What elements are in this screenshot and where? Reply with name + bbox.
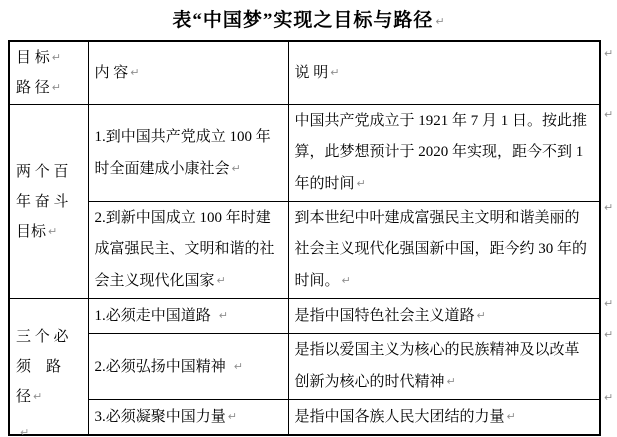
section-label-line: 两 个 百 [16, 157, 82, 187]
header-content-label: 内 容 [95, 65, 129, 81]
note-cell: 是指中国特色社会主义道路 [288, 299, 600, 334]
section-label-line: 三 个 必 [16, 322, 82, 352]
table-row: 2.到新中国成立 100 年时建成富强民主、文明和谐的社会主义现代化国家 到本世… [9, 202, 600, 299]
content-text: 2.必须弘扬中国精神 [95, 359, 226, 375]
section-label-line: 须 路 [16, 352, 82, 382]
section-label-text: 年 奋 斗 [16, 194, 69, 210]
paragraph-mark-icon [226, 409, 237, 425]
header-goal-path-line: 路 径 [16, 73, 82, 103]
note-cell: 是指中国各族人民大团结的力量 [288, 400, 600, 436]
paragraph-mark-icon [226, 359, 243, 375]
header-note-label: 说 明 [295, 65, 329, 81]
end-of-row-mark-icon [604, 105, 613, 123]
document-page: 表“中国梦”实现之目标与路径 目 标 路 径 内 容 说 明 两 个 百 年 奋… [0, 0, 617, 437]
end-of-row-mark-icon [604, 294, 613, 312]
note-cell: 到本世纪中叶建成富强民主文明和谐美丽的社会主义现代化强国新中国，距今约 30 年… [288, 202, 600, 299]
paragraph-mark-icon [211, 308, 228, 324]
paragraph-mark-icon [31, 389, 42, 405]
note-text: 是指中国特色社会主义道路 [295, 308, 475, 324]
header-cell-content: 内 容 [88, 41, 288, 105]
paragraph-mark-icon [505, 409, 516, 425]
section-label-text: 两 个 百 [16, 164, 69, 180]
content-cell: 1.必须走中国道路 [88, 299, 288, 334]
header-path-label: 路 径 [16, 80, 50, 96]
paragraph-mark-icon [20, 423, 29, 437]
paragraph-mark-icon [328, 65, 339, 81]
table-row: 三 个 必 须 路 径 1.必须走中国道路 是指中国特色社会主义道路 [9, 299, 600, 334]
document-title-row: 表“中国梦”实现之目标与路径 [0, 5, 617, 32]
table-row: 3.必须凝聚中国力量 是指中国各族人民大团结的力量 [9, 400, 600, 436]
content-text: 3.必须凝聚中国力量 [95, 409, 226, 425]
section-label-line: 径 [16, 382, 82, 412]
section-label-text: 径 [16, 389, 31, 405]
section-label-two-centenary-goals: 两 个 百 年 奋 斗 目标 [9, 105, 88, 299]
section-label-text: 三 个 必 [16, 329, 69, 345]
end-of-row-mark-icon [604, 388, 613, 406]
paragraph-mark-icon [433, 13, 444, 30]
paragraph-mark-icon [340, 273, 351, 289]
end-of-row-mark-icon [604, 198, 613, 216]
end-of-row-mark-icon [604, 325, 613, 343]
paragraph-mark-icon [128, 65, 139, 81]
paragraph-mark-icon [46, 224, 57, 240]
section-label-line: 目标 [16, 217, 82, 247]
paragraph-mark-icon [355, 176, 366, 192]
note-cell: 中国共产党成立于 1921 年 7 月 1 日。按此推算，此梦想预计于 2020… [288, 105, 600, 202]
section-label-three-musts-path: 三 个 必 须 路 径 [9, 299, 88, 436]
paragraph-mark-icon [475, 308, 486, 324]
note-text: 是指中国各族人民大团结的力量 [295, 409, 505, 425]
section-label-text: 须 路 [16, 359, 61, 375]
content-cell: 1.到中国共产党成立 100 年时全面建成小康社会 [88, 105, 288, 202]
paragraph-mark-icon [50, 80, 61, 96]
table-row: 两 个 百 年 奋 斗 目标 1.到中国共产党成立 100 年时全面建成小康社会… [9, 105, 600, 202]
note-cell: 是指以爱国主义为核心的民族精神及以改革创新为核心的时代精神 [288, 334, 600, 400]
section-label-line: 年 奋 斗 [16, 187, 82, 217]
note-text: 中国共产党成立于 1921 年 7 月 1 日。按此推算，此梦想预计于 2020… [295, 113, 588, 192]
header-goal-path-line: 目 标 [16, 43, 82, 73]
document-title: 表“中国梦”实现之目标与路径 [172, 10, 433, 31]
header-goal-label: 目 标 [16, 50, 50, 66]
table-row: 2.必须弘扬中国精神 是指以爱国主义为核心的民族精神及以改革创新为核心的时代精神 [9, 334, 600, 400]
header-cell-goal-path: 目 标 路 径 [9, 41, 88, 105]
content-cell: 2.必须弘扬中国精神 [88, 334, 288, 400]
content-text: 1.必须走中国道路 [95, 308, 211, 324]
paragraph-mark-icon [215, 273, 226, 289]
content-cell: 3.必须凝聚中国力量 [88, 400, 288, 436]
header-cell-note: 说 明 [288, 41, 600, 105]
end-of-row-mark-icon [604, 44, 613, 62]
table-header-row: 目 标 路 径 内 容 说 明 [9, 41, 600, 105]
content-text: 2.到新中国成立 100 年时建成富强民主、文明和谐的社会主义现代化国家 [95, 210, 275, 289]
note-text: 到本世纪中叶建成富强民主文明和谐美丽的社会主义现代化强国新中国，距今约 30 年… [295, 210, 588, 289]
paragraph-mark-icon [445, 374, 456, 390]
content-cell: 2.到新中国成立 100 年时建成富强民主、文明和谐的社会主义现代化国家 [88, 202, 288, 299]
content-text: 1.到中国共产党成立 100 年时全面建成小康社会 [95, 129, 271, 177]
chinese-dream-table: 目 标 路 径 内 容 说 明 两 个 百 年 奋 斗 目标 1.到中国共产党成… [8, 40, 601, 436]
paragraph-mark-icon [230, 161, 241, 177]
section-label-text: 目标 [16, 224, 46, 240]
note-text: 是指以爱国主义为核心的民族精神及以改革创新为核心的时代精神 [295, 342, 580, 390]
paragraph-mark-icon [50, 50, 61, 66]
